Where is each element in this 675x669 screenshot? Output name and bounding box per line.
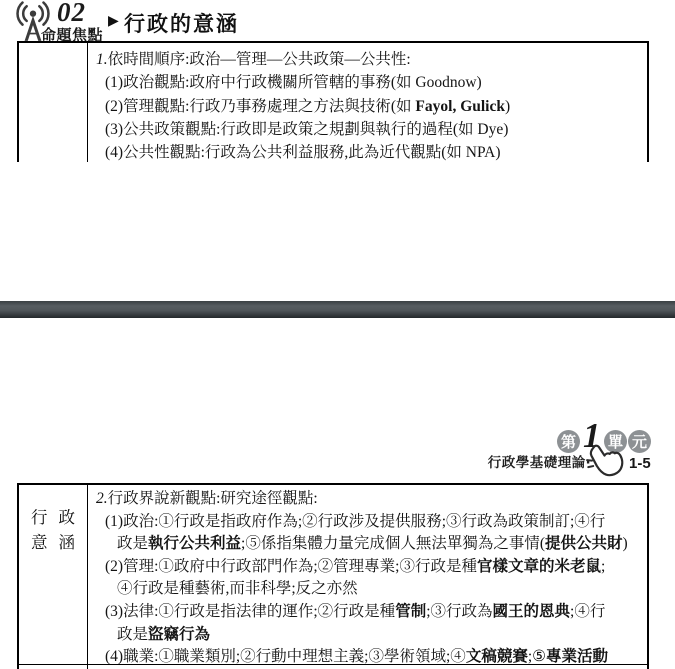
table2-content: 2.行政界說新觀點:研究途徑觀點:(1)政治:①行政是指政府作為;②行政涉及提供… <box>88 485 647 669</box>
text-line: (4)公共性觀點:行政為公共利益服務,此為近代觀點(如 NPA) <box>96 141 643 162</box>
text-line: (2)管理:①政府中行政部門作為;②管理專業;③行政是種官樣文章的米老鼠; <box>96 556 643 579</box>
text-line: 政是盜竊行為 <box>96 624 643 647</box>
text-line: ④行政是種藝術,而非科學;反之亦然 <box>96 578 643 601</box>
unit-subtitle: 行政學基礎理論‧ <box>445 451 591 471</box>
text-line: (3)公共政策觀點:行政即是政策之規劃與執行的過程(如 Dye) <box>96 118 643 141</box>
text-line: 1.依時間順序:政治—管理—公共政策—公共性: <box>96 48 643 71</box>
table1-content: 1.依時間順序:政治—管理—公共政策—公共性:(1)政治觀點:政府中行政機關所管… <box>88 43 647 162</box>
text-line: (3)法律:①行政是指法律的運作;②行政是種管制;③行政為國王的恩典;④行 <box>96 601 643 624</box>
side-label-row: 意涵 <box>31 530 75 555</box>
row-divider-line <box>19 664 647 666</box>
text-line: 2.行政界說新觀點:研究途徑觀點: <box>96 488 643 511</box>
side-label-row: 行政 <box>31 505 75 530</box>
text-line: (1)政治觀點:政府中行政機關所管轄的事務(如 Goodnow) <box>96 71 643 94</box>
section-title: 行政的意涵 <box>124 8 239 38</box>
focus-header: 02 命題焦點 ▶ 行政的意涵 <box>0 0 675 44</box>
text-line: 政是執行公共利益;⑤係指集體力量完成個人無法單獨為之事情(提供公共財) <box>96 533 643 556</box>
arrow-marker-icon: ▶ <box>108 13 119 30</box>
table1-side-column <box>19 43 88 162</box>
unit-circle-yuan: 元 <box>628 430 651 453</box>
table-admin-meaning: 行政意涵 2.行政界說新觀點:研究途徑觀點:(1)政治:①行政是指政府作為;②行… <box>17 483 649 669</box>
text-line: (4)職業:①職業類別;②行動中理想主義;③學術領域;④文稿競賽;⑤專業活動 <box>96 646 643 669</box>
hand-click-icon <box>585 440 629 480</box>
text-line: (1)政治:①行政是指政府作為;②行政涉及提供服務;③行政為政策制訂;④行 <box>96 511 643 534</box>
table-definitions-by-time: 1.依時間順序:政治—管理—公共政策—公共性:(1)政治觀點:政府中行政機關所管… <box>17 41 649 162</box>
unit-circle-first: 第 <box>557 430 580 453</box>
text-line: (2)管理觀點:行政乃事務處理之方法與技術(如 Fayol, Gulick) <box>96 95 643 118</box>
page-reference: 1-5 <box>629 455 651 472</box>
side-label: 行政意涵 <box>19 505 87 555</box>
table2-side-column: 行政意涵 <box>19 485 88 669</box>
page-break-band <box>0 301 675 318</box>
book-page: 02 命題焦點 ▶ 行政的意涵 1.依時間順序:政治—管理—公共政策—公共性:(… <box>0 0 675 669</box>
